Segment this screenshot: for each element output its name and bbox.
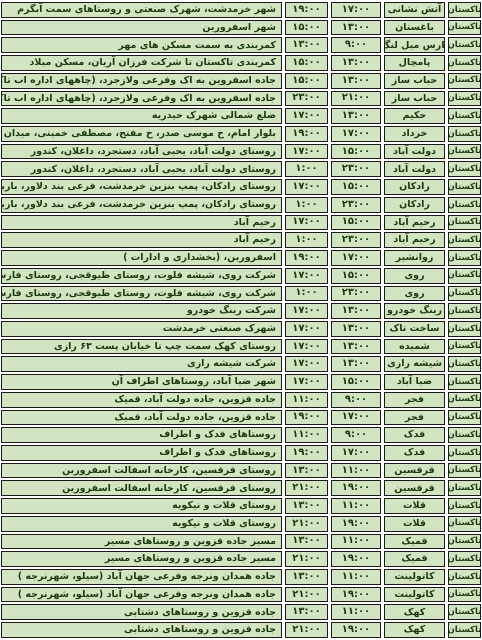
county-cell: تاکستان	[448, 37, 481, 53]
feeder-name-cell: ساخت تاک	[384, 321, 445, 337]
feeder-name-cell: قلات	[384, 498, 445, 514]
start-time-cell: ۹:۰۰	[331, 427, 381, 443]
end-time-cell: ۱۵:۰۰	[285, 55, 328, 71]
feeder-name-cell: کهک	[384, 604, 445, 620]
end-time-cell: ۱۷:۰۰	[285, 339, 328, 355]
table-row: تاکستان حباب ساز ۱۳:۰۰ ۱۵:۰۰ جاده اسفروی…	[1, 73, 481, 89]
start-time-cell: ۱۷:۰۰	[331, 250, 381, 266]
start-time-cell: ۲۳:۰۰	[331, 161, 381, 177]
affected-area-cell: روستاهای فدک و اطراف	[1, 445, 282, 461]
feeder-name-cell: پارس میل لنگ	[384, 37, 445, 53]
affected-area-cell: کمربندی تاکستان تا شرکت فرزان آریان، مسک…	[1, 55, 282, 71]
end-time-cell: ۲۳:۰۰	[285, 91, 328, 107]
table-row: تاکستان قمیک ۱۱:۰۰ ۱۳:۰۰ مسیر جاده قزوین…	[1, 534, 481, 550]
start-time-cell: ۱۵:۰۰	[331, 374, 381, 390]
start-time-cell: ۱۵:۰۰	[331, 144, 381, 160]
end-time-cell: ۱۳:۰۰	[285, 569, 328, 585]
affected-area-cell: شرکت رینگ خودرو	[1, 303, 282, 319]
affected-area-cell: ضلع شمالی شهرک حیدریه	[1, 108, 282, 124]
county-cell: تاکستان	[448, 622, 481, 638]
county-cell: تاکستان	[448, 197, 481, 213]
feeder-name-cell: حباب ساز	[384, 73, 445, 89]
table-row: تاکستان فجر ۱۷:۰۰ ۱۹:۰۰ جاده قزوین، جاده…	[1, 410, 481, 426]
end-time-cell: ۱۳:۰۰	[285, 604, 328, 620]
start-time-cell: ۱۳:۰۰	[331, 20, 381, 36]
table-row: تاکستان روی ۱۵:۰۰ ۱۷:۰۰ شرکت روی، شیشه ف…	[1, 268, 481, 284]
start-time-cell: ۱۱:۰۰	[331, 604, 381, 620]
end-time-cell: ۲۱:۰۰	[285, 551, 328, 567]
end-time-cell: ۱۷:۰۰	[285, 321, 328, 337]
feeder-name-cell: ضیا آباد	[384, 374, 445, 390]
affected-area-cell: شهر اسفرورین	[1, 20, 282, 36]
start-time-cell: ۱۱:۰۰	[331, 534, 381, 550]
table-row: تاکستان فدک ۱۷:۰۰ ۱۹:۰۰ روستاهای فدک و ا…	[1, 445, 481, 461]
end-time-cell: ۲۱:۰۰	[285, 622, 328, 638]
start-time-cell: ۲۱:۰۰	[331, 91, 381, 107]
table-row: تاکستان قمیک ۱۹:۰۰ ۲۱:۰۰ مسیر جاده قزوین…	[1, 551, 481, 567]
start-time-cell: ۱۹:۰۰	[331, 480, 381, 496]
county-cell: تاکستان	[448, 480, 481, 496]
affected-area-cell: بلوار امام، خ موسی صدر، خ مفتح، مصطفی خم…	[1, 126, 282, 142]
end-time-cell: ۱۷:۰۰	[285, 303, 328, 319]
county-cell: تاکستان	[448, 108, 481, 124]
end-time-cell: ۱۷:۰۰	[285, 144, 328, 160]
affected-area-cell: روستای دولت آباد، یحیی آباد، دستجرد، داغ…	[1, 144, 282, 160]
affected-area-cell: جاده قزوین و روستاهای دشتابی	[1, 604, 282, 620]
start-time-cell: ۱۳:۰۰	[331, 303, 381, 319]
feeder-name-cell: روی	[384, 268, 445, 284]
feeder-name-cell: شمیده	[384, 339, 445, 355]
feeder-name-cell: کاتولینت	[384, 569, 445, 585]
start-time-cell: ۱۵:۰۰	[331, 268, 381, 284]
start-time-cell: ۱۷:۰۰	[331, 126, 381, 142]
table-row: تاکستان رادکان ۱۵:۰۰ ۱۷:۰۰ روستای رادکان…	[1, 179, 481, 195]
feeder-name-cell: خرداد	[384, 126, 445, 142]
table-row: تاکستان باغستان ۱۳:۰۰ ۱۵:۰۰ شهر اسفرورین	[1, 20, 481, 36]
feeder-name-cell: رادکان	[384, 179, 445, 195]
end-time-cell: ۲۱:۰۰	[285, 516, 328, 532]
start-time-cell: ۱۳:۰۰	[331, 55, 381, 71]
feeder-name-cell: حکیم	[384, 108, 445, 124]
county-cell: تاکستان	[448, 286, 481, 302]
table-row: تاکستان خرداد ۱۷:۰۰ ۱۹:۰۰ بلوار امام، خ …	[1, 126, 481, 142]
end-time-cell: ۲۱:۰۰	[285, 480, 328, 496]
end-time-cell: ۱۹:۰۰	[285, 250, 328, 266]
end-time-cell: ۱۹:۰۰	[285, 126, 328, 142]
start-time-cell: ۹:۰۰	[331, 37, 381, 53]
affected-area-cell: شرکت روی، شیشه فلوت، روستای طیوقجی، روست…	[1, 268, 282, 284]
start-time-cell: ۹:۰۰	[331, 392, 381, 408]
feeder-name-cell: فدک	[384, 445, 445, 461]
feeder-name-cell: شیشه رازی	[384, 356, 445, 372]
county-cell: تاکستان	[448, 215, 481, 231]
end-time-cell: ۱۷:۰۰	[285, 356, 328, 372]
affected-area-cell: جاده همدان ونرجه وفرعی جهان آباد (سیلو، …	[1, 569, 282, 585]
table-row: تاکستان حکیم ۱۳:۰۰ ۱۷:۰۰ ضلع شمالی شهرک …	[1, 108, 481, 124]
affected-area-cell: روستای قرقسین، کارخانه اسفالت اسفرورین	[1, 463, 282, 479]
end-time-cell: ۱۱:۰۰	[285, 392, 328, 408]
county-cell: تاکستان	[448, 445, 481, 461]
affected-area-cell: رحیم آباد	[1, 215, 282, 231]
feeder-name-cell: فدک	[384, 427, 445, 443]
end-time-cell: ۱۵:۰۰	[285, 73, 328, 89]
county-cell: تاکستان	[448, 374, 481, 390]
county-cell: تاکستان	[448, 463, 481, 479]
affected-area-cell: شهر خرمدشت، شهرک صنعتی و روستاهای سمت آب…	[1, 2, 282, 18]
start-time-cell: ۱۳:۰۰	[331, 356, 381, 372]
affected-area-cell: اسفرورین، (بخشداری و ادارات )	[1, 250, 282, 266]
end-time-cell: ۲۱:۰۰	[285, 587, 328, 603]
start-time-cell: ۱۹:۰۰	[331, 516, 381, 532]
feeder-name-cell: باغستان	[384, 20, 445, 36]
feeder-name-cell: حباب ساز	[384, 91, 445, 107]
affected-area-cell: جاده همدان ونرجه وفرعی جهان آباد (سیلو، …	[1, 587, 282, 603]
county-cell: تاکستان	[448, 268, 481, 284]
affected-area-cell: جاده قزوین و روستاهای دشتابی	[1, 622, 282, 638]
county-cell: تاکستان	[448, 55, 481, 71]
start-time-cell: ۱۳:۰۰	[331, 73, 381, 89]
affected-area-cell: مسیر جاده قزوین و روستاهای مسیر	[1, 534, 282, 550]
feeder-name-cell: کهک	[384, 622, 445, 638]
table-row: تاکستان دولت آباد ۲۳:۰۰ ۱:۰۰ روستای دولت…	[1, 161, 481, 177]
table-row: تاکستان شیشه رازی ۱۳:۰۰ ۱۷:۰۰ شرکت شیشه …	[1, 356, 481, 372]
county-cell: تاکستان	[448, 91, 481, 107]
feeder-name-cell: پامچال	[384, 55, 445, 71]
affected-area-cell: روستای کهک سمت چپ تا خیابان پست ۶۳ رازی	[1, 339, 282, 355]
start-time-cell: ۱۱:۰۰	[331, 498, 381, 514]
affected-area-cell: روستای قلات و نیکویه	[1, 498, 282, 514]
feeder-name-cell: رحیم آباد	[384, 215, 445, 231]
affected-area-cell: روستای رادکان، پمپ بنزین خرمدشت، فرعی بن…	[1, 197, 282, 213]
end-time-cell: ۱۹:۰۰	[285, 445, 328, 461]
end-time-cell: ۱۳:۰۰	[285, 37, 328, 53]
county-cell: تاکستان	[448, 161, 481, 177]
feeder-name-cell: قلات	[384, 516, 445, 532]
table-row: تاکستان کاتولینت ۱۱:۰۰ ۱۳:۰۰ جاده همدان …	[1, 569, 481, 585]
county-cell: تاکستان	[448, 516, 481, 532]
county-cell: تاکستان	[448, 427, 481, 443]
table-row: تاکستان قلات ۱۹:۰۰ ۲۱:۰۰ روستای قلات و ن…	[1, 516, 481, 532]
county-cell: تاکستان	[448, 551, 481, 567]
county-cell: تاکستان	[448, 569, 481, 585]
affected-area-cell: جاده اسفروین به اک وفرعی ولازجرد، (چاهها…	[1, 73, 282, 89]
county-cell: تاکستان	[448, 144, 481, 160]
county-cell: تاکستان	[448, 126, 481, 142]
table-row: تاکستان قلات ۱۱:۰۰ ۱۳:۰۰ روستای قلات و ن…	[1, 498, 481, 514]
affected-area-cell: روستای رادکان، پمپ بنزین خرمدشت، فرعی بن…	[1, 179, 282, 195]
county-cell: تاکستان	[448, 410, 481, 426]
feeder-name-cell: قرقسین	[384, 463, 445, 479]
affected-area-cell: روستای قرقسین، کارخانه اسفالت اسفرورین	[1, 480, 282, 496]
end-time-cell: ۱۷:۰۰	[285, 179, 328, 195]
table-row: تاکستان حباب ساز ۲۱:۰۰ ۲۳:۰۰ جاده اسفروی…	[1, 91, 481, 107]
county-cell: تاکستان	[448, 392, 481, 408]
table-row: تاکستان پامچال ۱۳:۰۰ ۱۵:۰۰ کمربندی تاکست…	[1, 55, 481, 71]
start-time-cell: ۱۵:۰۰	[331, 179, 381, 195]
start-time-cell: ۲۳:۰۰	[331, 232, 381, 248]
feeder-name-cell: کاتولینت	[384, 587, 445, 603]
affected-area-cell: رحیم آباد	[1, 232, 282, 248]
county-cell: تاکستان	[448, 321, 481, 337]
feeder-name-cell: آتش نشانی	[384, 2, 445, 18]
end-time-cell: ۱۹:۰۰	[285, 2, 328, 18]
feeder-name-cell: دولت آباد	[384, 144, 445, 160]
county-cell: تاکستان	[448, 604, 481, 620]
start-time-cell: ۱۹:۰۰	[331, 551, 381, 567]
county-cell: تاکستان	[448, 587, 481, 603]
table-row: تاکستان قرقسین ۱۱:۰۰ ۱۳:۰۰ روستای قرقسین…	[1, 463, 481, 479]
table-row: تاکستان کهک ۱۱:۰۰ ۱۳:۰۰ جاده قزوین و روس…	[1, 604, 481, 620]
affected-area-cell: جاده اسفروین به اک وفرعی ولازجرد، (چاهها…	[1, 91, 282, 107]
county-cell: تاکستان	[448, 232, 481, 248]
county-cell: تاکستان	[448, 303, 481, 319]
feeder-name-cell: رادکان	[384, 197, 445, 213]
start-time-cell: ۲۳:۰۰	[331, 286, 381, 302]
feeder-name-cell: فجر	[384, 392, 445, 408]
table-row: تاکستان قرقسین ۱۹:۰۰ ۲۱:۰۰ روستای قرقسین…	[1, 480, 481, 496]
end-time-cell: ۱۷:۰۰	[285, 108, 328, 124]
affected-area-cell: جاده قزوین، جاده دولت آباد، قمیک	[1, 392, 282, 408]
start-time-cell: ۱۷:۰۰	[331, 410, 381, 426]
table-row: تاکستان کاتولینت ۱۹:۰۰ ۲۱:۰۰ جاده همدان …	[1, 587, 481, 603]
end-time-cell: ۱۷:۰۰	[285, 215, 328, 231]
feeder-name-cell: رینگ خودرو	[384, 303, 445, 319]
feeder-name-cell: قرقسین	[384, 480, 445, 496]
county-cell: تاکستان	[448, 498, 481, 514]
county-cell: تاکستان	[448, 73, 481, 89]
county-cell: تاکستان	[448, 356, 481, 372]
start-time-cell: ۱۷:۰۰	[331, 2, 381, 18]
end-time-cell: ۱۵:۰۰	[285, 20, 328, 36]
end-time-cell: ۱:۰۰	[285, 232, 328, 248]
table-row: تاکستان رحیم آباد ۱۵:۰۰ ۱۷:۰۰ رحیم آباد	[1, 215, 481, 231]
end-time-cell: ۱:۰۰	[285, 286, 328, 302]
feeder-name-cell: دولت آباد	[384, 161, 445, 177]
affected-area-cell: روستای دولت آباد، یحیی آباد، دستجرد، داغ…	[1, 161, 282, 177]
affected-area-cell: کمربندی به سمت مسکن های مهر	[1, 37, 282, 53]
end-time-cell: ۱:۰۰	[285, 197, 328, 213]
start-time-cell: ۱۹:۰۰	[331, 622, 381, 638]
table-row: تاکستان پارس میل لنگ ۹:۰۰ ۱۳:۰۰ کمربندی …	[1, 37, 481, 53]
start-time-cell: ۱۳:۰۰	[331, 321, 381, 337]
end-time-cell: ۱۳:۰۰	[285, 534, 328, 550]
affected-area-cell: شرکت شیشه رازی	[1, 356, 282, 372]
start-time-cell: ۱۳:۰۰	[331, 108, 381, 124]
feeder-name-cell: روی	[384, 286, 445, 302]
county-cell: تاکستان	[448, 250, 481, 266]
end-time-cell: ۱:۰۰	[285, 161, 328, 177]
county-cell: تاکستان	[448, 20, 481, 36]
table-row: تاکستان روانشیر ۱۷:۰۰ ۱۹:۰۰ اسفرورین، (ب…	[1, 250, 481, 266]
affected-area-cell: روستاهای فدک و اطراف	[1, 427, 282, 443]
table-row: تاکستان شمیده ۱۳:۰۰ ۱۷:۰۰ روستای کهک سمت…	[1, 339, 481, 355]
start-time-cell: ۱۵:۰۰	[331, 215, 381, 231]
county-cell: تاکستان	[448, 339, 481, 355]
table-row: تاکستان روی ۲۳:۰۰ ۱:۰۰ شرکت روی، شیشه فل…	[1, 286, 481, 302]
start-time-cell: ۱۱:۰۰	[331, 463, 381, 479]
outage-schedule-table: تاکستان آتش نشانی ۱۷:۰۰ ۱۹:۰۰ شهر خرمدشت…	[0, 0, 482, 640]
feeder-name-cell: رحیم آباد	[384, 232, 445, 248]
feeder-name-cell: قمیک	[384, 551, 445, 567]
table-row: تاکستان رینگ خودرو ۱۳:۰۰ ۱۷:۰۰ شرکت رینگ…	[1, 303, 481, 319]
start-time-cell: ۱۷:۰۰	[331, 445, 381, 461]
end-time-cell: ۱۷:۰۰	[285, 268, 328, 284]
feeder-name-cell: روانشیر	[384, 250, 445, 266]
affected-area-cell: شهرک صنعتی خرمدشت	[1, 321, 282, 337]
table-row: تاکستان آتش نشانی ۱۷:۰۰ ۱۹:۰۰ شهر خرمدشت…	[1, 2, 481, 18]
county-cell: تاکستان	[448, 179, 481, 195]
table-row: تاکستان ضیا آباد ۱۵:۰۰ ۱۷:۰۰ شهر ضیا آبا…	[1, 374, 481, 390]
table-row: تاکستان رادکان ۲۳:۰۰ ۱:۰۰ روستای رادکان،…	[1, 197, 481, 213]
feeder-name-cell: فجر	[384, 410, 445, 426]
feeder-name-cell: قمیک	[384, 534, 445, 550]
table-row: تاکستان فجر ۹:۰۰ ۱۱:۰۰ جاده قزوین، جاده …	[1, 392, 481, 408]
table-row: تاکستان ساخت تاک ۱۳:۰۰ ۱۷:۰۰ شهرک صنعتی …	[1, 321, 481, 337]
affected-area-cell: شهر ضیا آباد، روستاهای اطراف آن	[1, 374, 282, 390]
affected-area-cell: شرکت روی، شیشه فلوت، روستای طیوقجی، روست…	[1, 286, 282, 302]
start-time-cell: ۲۳:۰۰	[331, 197, 381, 213]
table-row: تاکستان رحیم آباد ۲۳:۰۰ ۱:۰۰ رحیم آباد	[1, 232, 481, 248]
county-cell: تاکستان	[448, 534, 481, 550]
start-time-cell: ۱۳:۰۰	[331, 339, 381, 355]
start-time-cell: ۱۱:۰۰	[331, 569, 381, 585]
table-row: تاکستان کهک ۱۹:۰۰ ۲۱:۰۰ جاده قزوین و روس…	[1, 622, 481, 638]
county-cell: تاکستان	[448, 2, 481, 18]
affected-area-cell: روستای قلات و نیکویه	[1, 516, 282, 532]
table-row: تاکستان دولت آباد ۱۵:۰۰ ۱۷:۰۰ روستای دول…	[1, 144, 481, 160]
end-time-cell: ۱۳:۰۰	[285, 498, 328, 514]
table-row: تاکستان فدک ۹:۰۰ ۱۱:۰۰ روستاهای فدک و اط…	[1, 427, 481, 443]
affected-area-cell: جاده قزوین، جاده دولت آباد، قمیک	[1, 410, 282, 426]
end-time-cell: ۱۱:۰۰	[285, 427, 328, 443]
end-time-cell: ۱۹:۰۰	[285, 410, 328, 426]
end-time-cell: ۱۳:۰۰	[285, 463, 328, 479]
end-time-cell: ۱۷:۰۰	[285, 374, 328, 390]
affected-area-cell: مسیر جاده قزوین و روستاهای مسیر	[1, 551, 282, 567]
start-time-cell: ۱۹:۰۰	[331, 587, 381, 603]
